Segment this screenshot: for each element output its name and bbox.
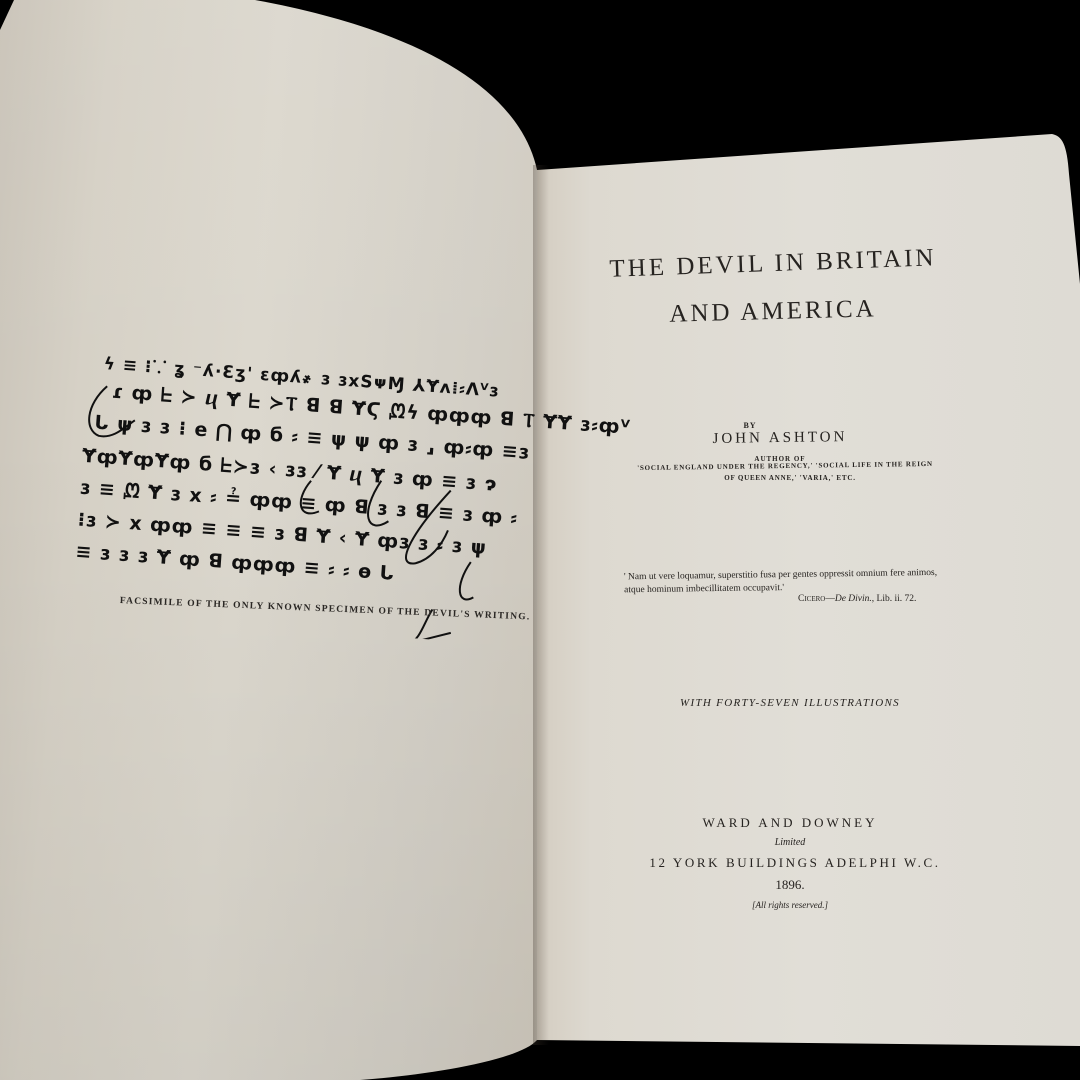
publisher-suffix: Limited [740, 837, 840, 848]
book-gutter-shadow [533, 165, 549, 1045]
publication-year: 1896. [750, 877, 830, 893]
cite-reference: , Lib. ii. 72. [872, 594, 917, 604]
publisher-name: WARD AND DOWNEY [640, 815, 940, 831]
cite-work: De Divin. [835, 594, 872, 604]
illustrations-note: WITH FORTY-SEVEN ILLUSTRATIONS [640, 697, 940, 709]
epigraph-quote: ' Nam ut vere loquamur, superstitio fusa… [624, 567, 954, 598]
cite-author: Cicero [798, 594, 825, 604]
by-label: BY [700, 421, 800, 430]
epigraph-attribution: Cicero—De Divin., Lib. ii. 72. [798, 594, 958, 604]
publisher-address: 12 YORK BUILDINGS ADELPHI W.C. [625, 855, 965, 871]
rights-notice: [All rights reserved.] [730, 900, 850, 910]
cite-dash: — [825, 594, 835, 604]
author-works-line-2: OF QUEEN ANNE,' 'VARIA,' ETC. [690, 474, 890, 482]
black-background: ϟ ≡ ⁝⸪ ʓ ⁻ʎ·Ɛʒ' ɛȹʎ҂ ɜ ɜxSᴪⱮ ⅄Ɏᴧ⁞⸗Ʌⱽɜ ɾ … [0, 0, 1080, 1080]
